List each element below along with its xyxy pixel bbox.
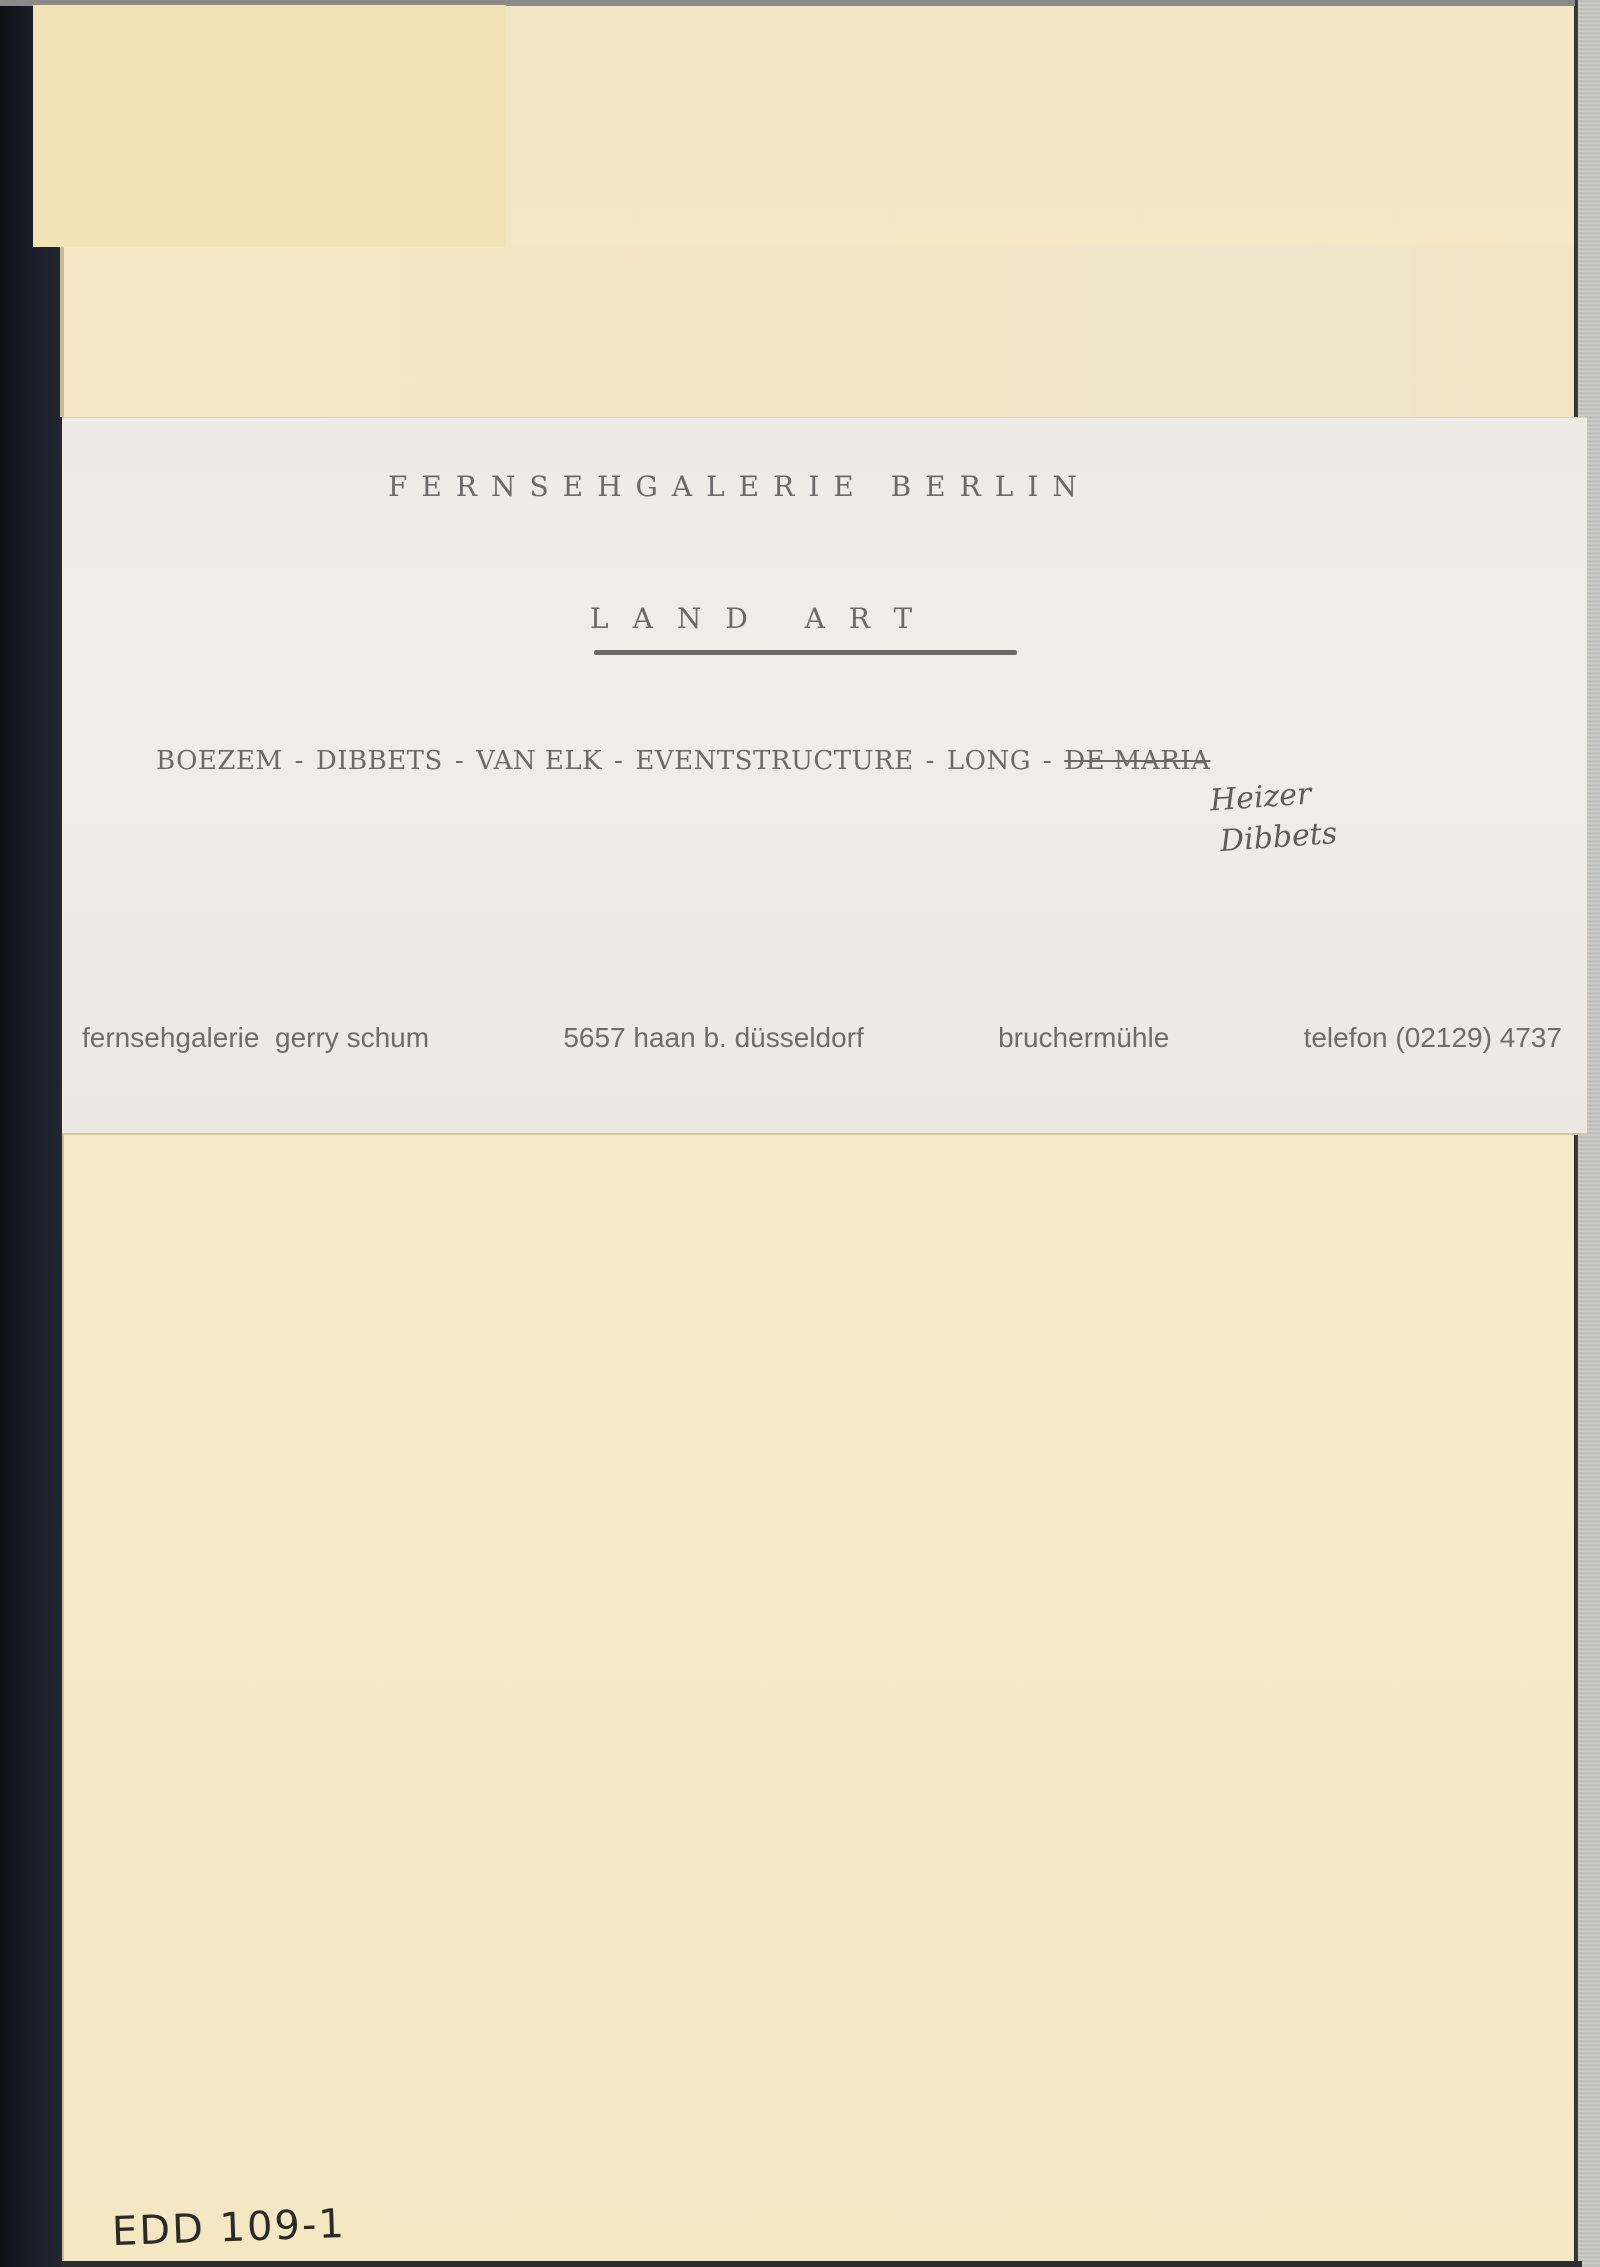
subtitle-underline [594, 650, 1017, 655]
gallery-footer: fernsehgalerie gerry schum 5657 haan b. … [82, 1022, 1562, 1054]
artist-separator: - [1043, 746, 1052, 776]
artist-separator: - [455, 746, 464, 776]
folder-spine [0, 0, 62, 2267]
footer-address: 5657 haan b. düsseldorf [563, 1022, 863, 1054]
artist-separator: - [614, 746, 623, 776]
redaction-block [33, 5, 506, 247]
cover-upper-area [60, 245, 1574, 417]
artist-name: EVENTSTRUCTURE [635, 746, 913, 776]
catalog-number: EDD 109-1 [111, 2201, 346, 2255]
artist-name: DE MARIA [1064, 746, 1210, 776]
artist-separator: - [295, 746, 304, 776]
label-subtitle: LAND ART [590, 602, 936, 635]
footer-gallery: fernsehgalerie gerry schum [82, 1022, 429, 1054]
artist-name: DIBBETS [316, 746, 443, 776]
handwritten-annotation: Heizer [1209, 777, 1313, 819]
footer-phone: telefon (02129) 4737 [1304, 1022, 1562, 1054]
artist-separator: - [926, 746, 935, 776]
footer-location: bruchermühle [998, 1022, 1169, 1054]
bottom-edge [62, 2261, 1582, 2267]
artist-name: BOEZEM [156, 746, 283, 776]
label-title: FERNSEHGALERIE BERLIN [388, 470, 1091, 503]
artist-list: BOEZEM-DIBBETS-VAN ELK-EVENTSTRUCTURE-LO… [156, 746, 1210, 776]
artist-name: VAN ELK [476, 746, 602, 776]
artist-name: LONG [947, 746, 1031, 776]
